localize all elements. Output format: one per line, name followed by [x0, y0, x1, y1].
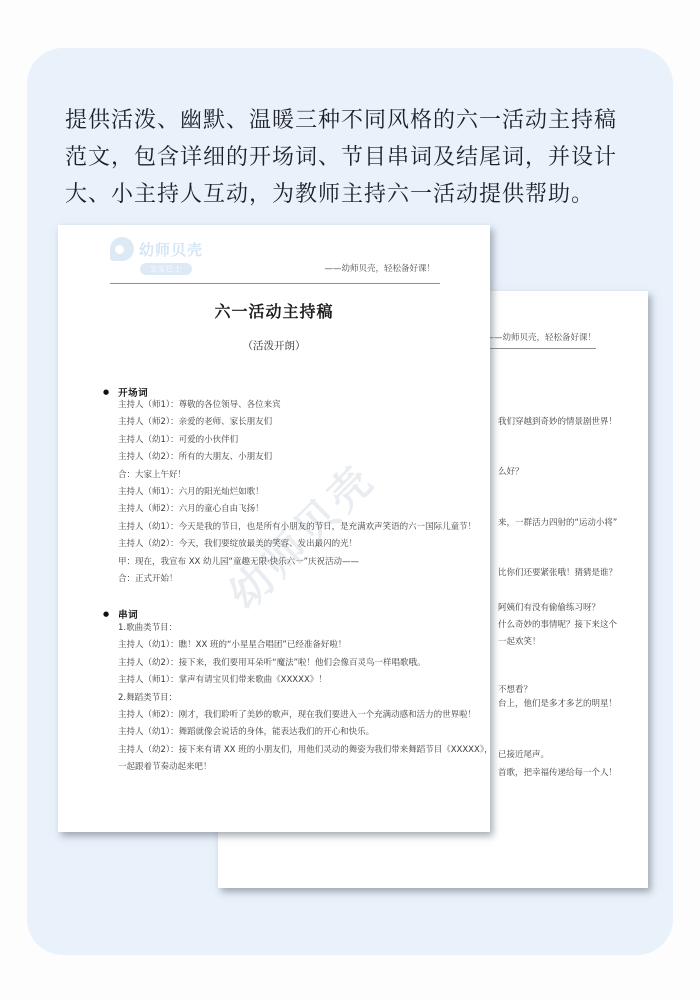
script-line: 合：大家上午好！: [118, 468, 490, 485]
fragment-line: 已接近尾声。: [498, 748, 549, 760]
script-line: 主持人（师1）：尊敬的各位领导、各位来宾: [118, 398, 490, 415]
fragment-line: 来，一群活力四射的“运动小将”: [498, 516, 617, 528]
fragment-line: 么好？: [498, 465, 524, 477]
script-line: 合：正式开始！: [118, 572, 490, 589]
script-line: 主持人（幼2）：接下来有请 XX 班的小朋友们，用他们灵动的舞姿为我们带来舞蹈节…: [118, 743, 490, 760]
section-lines: 主持人（师1）：尊敬的各位领导、各位来宾 主持人（师2）：亲爱的老师、家长朋友们…: [118, 398, 490, 589]
fragment-line: 不想看？: [498, 683, 532, 695]
fragment-line: 首歌，把幸福传递给每一个人！: [498, 766, 617, 778]
script-line: 主持人（幼1）：可爱的小伙伴们: [118, 433, 490, 450]
page-background: 提供活泼、幽默、温暖三种不同风格的六一活动主持稿 范文，包含详细的开场词、节目串…: [0, 0, 700, 1000]
header-rule: [110, 283, 440, 284]
script-line: 主持人（幼1）：瞧！XX 班的“小星星合唱团”已经准备好啦！: [118, 638, 490, 655]
summary-card: 提供活泼、幽默、温暖三种不同风格的六一活动主持稿 范文，包含详细的开场词、节目串…: [27, 48, 673, 955]
fragment-line: 阿姨们有没有偷偷练习呀？: [498, 601, 600, 613]
script-line: 主持人（幼2）：所有的大朋友、小朋友们: [118, 450, 490, 467]
fragment-line: 我们穿越到奇妙的情景剧世界！: [498, 415, 617, 427]
script-line: 主持人（幼1）：舞蹈就像会说话的身体，能表达我们的开心和快乐。: [118, 725, 490, 742]
document-page-front: 幼师贝壳 幼师贝壳 宝宝巴士 ——幼师贝壳，轻松备好课！ 六一活动主持稿 （活泼…: [58, 225, 490, 832]
script-line: 主持人（师2）：刚才，我们聆听了美妙的歌声，现在我们要进入一个充满动感和活力的世…: [118, 708, 490, 725]
doc-subtitle: （活泼开朗）: [58, 338, 490, 353]
summary-line: 范文，包含详细的开场词、节目串词及结尾词，并设计: [65, 139, 645, 176]
bullet-icon: ●: [103, 388, 109, 396]
script-line: 主持人（师1）：掌声有请宝贝们带来歌曲《XXXXX》！: [118, 673, 490, 690]
script-line: 主持人（师2）：六月的童心自由飞扬！: [118, 502, 490, 519]
script-line: 2.舞蹈类节目：: [118, 691, 490, 708]
script-line: 主持人（师1）：六月的阳光灿烂如歌！: [118, 485, 490, 502]
section-lines: 1.歌曲类节目： 主持人（幼1）：瞧！XX 班的“小星星合唱团”已经准备好啦！ …: [118, 621, 490, 778]
shell-logo-icon: [110, 237, 134, 261]
bullet-icon: ●: [103, 610, 109, 618]
summary-line: 提供活泼、幽默、温暖三种不同风格的六一活动主持稿: [65, 102, 645, 139]
script-line: 一起跟着节奏动起来吧！: [118, 760, 490, 777]
script-line: 主持人（幼2）：今天，我们要绽放最美的笑容、发出最闪的光！: [118, 537, 490, 554]
fragment-line: 台上，他们是多才多艺的明星！: [498, 697, 617, 709]
doc-title: 六一活动主持稿: [58, 299, 490, 322]
script-line: 主持人（师2）：亲爱的老师、家长朋友们: [118, 415, 490, 432]
brand-logo-badge: 宝宝巴士: [140, 263, 192, 275]
script-line: 主持人（幼1）：今天是我的节日，也是所有小朋友的节日，是充满欢声笑语的六一国际儿…: [118, 520, 490, 537]
fragment-line: 比你们还要紧张哦！猜猜是谁？: [498, 566, 617, 578]
script-line: 主持人（幼2）：接下来，我们要用耳朵听“魔法”啦！他们会像百灵鸟一样唱歌哦。: [118, 656, 490, 673]
brand-logo-name: 幼师贝壳: [139, 239, 203, 260]
fragment-line: 什么奇妙的事情呢？接下来这个: [498, 618, 617, 630]
section-heading: 串词: [118, 610, 138, 621]
brand-slogan: ——幼师贝壳，轻松备好课！: [324, 262, 435, 274]
summary-text: 提供活泼、幽默、温暖三种不同风格的六一活动主持稿 范文，包含详细的开场词、节目串…: [65, 102, 645, 213]
brand-logo: 幼师贝壳 宝宝巴士: [110, 237, 203, 275]
summary-line: 大、小主持人互动，为教师主持六一活动提供帮助。: [65, 176, 645, 213]
fragment-line: 一起欢笑！: [498, 635, 541, 647]
script-line: 甲：现在，我宣布 XX 幼儿园“童趣无限·快乐六一”庆祝活动——: [118, 555, 490, 572]
brand-slogan: ——幼师贝壳，轻松备好课！: [485, 331, 596, 343]
script-line: 1.歌曲类节目：: [118, 621, 490, 638]
